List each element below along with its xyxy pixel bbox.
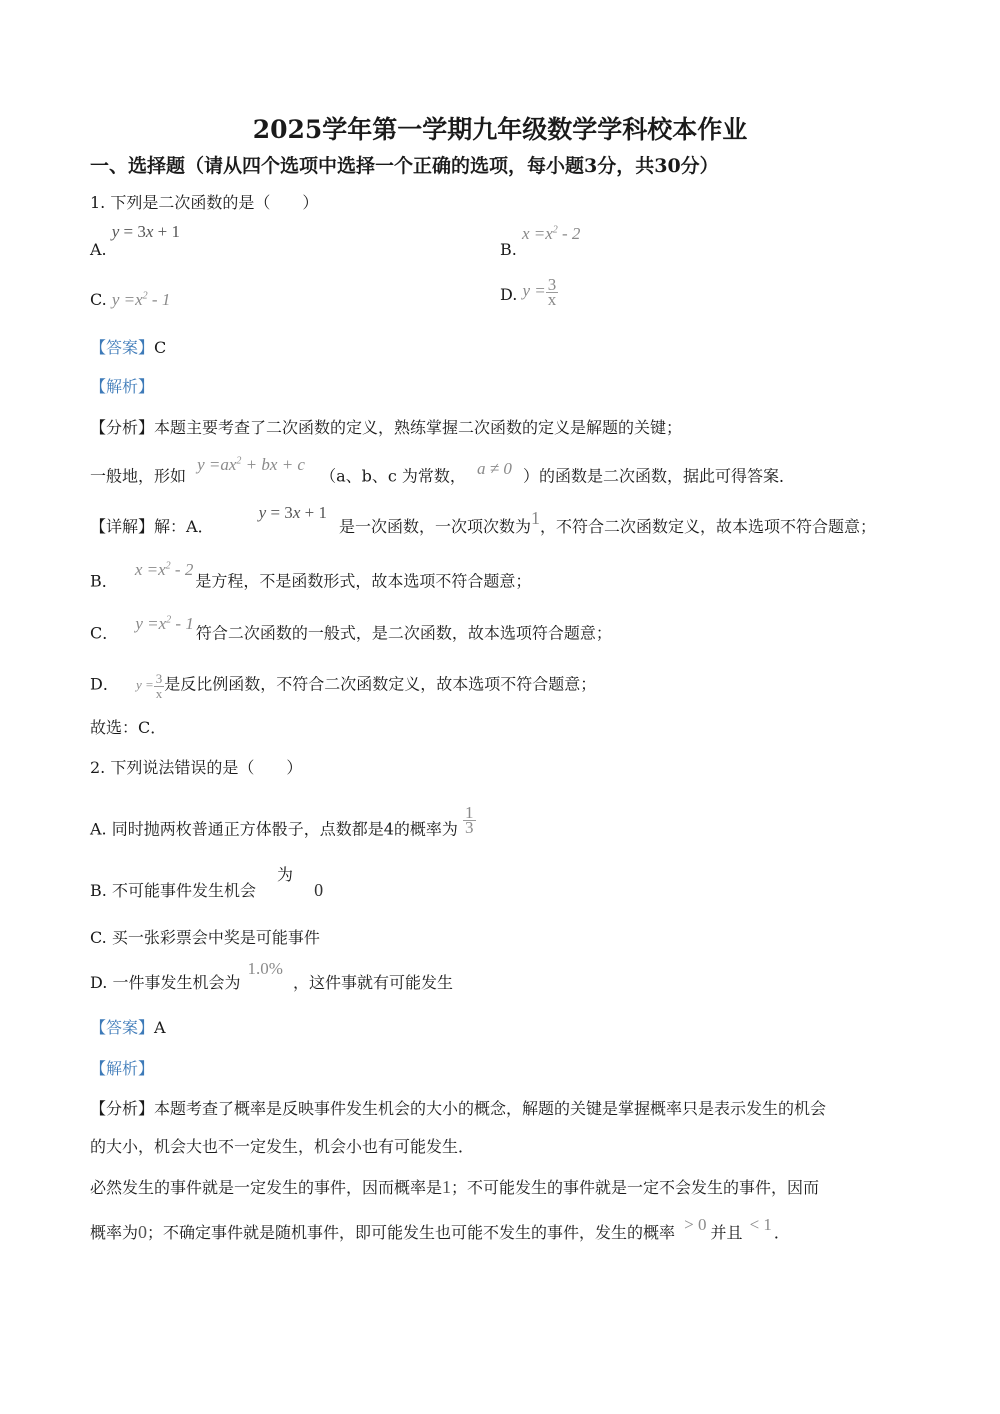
q2-option-c: C. 买一张彩票会中奖是可能事件	[90, 928, 320, 948]
q1-answer: 【答案】C	[90, 338, 166, 358]
option-math: x =x2 - 2	[522, 224, 580, 243]
line4-gt: > 0	[684, 1215, 706, 1234]
q1-conclusion: 故选：C．	[90, 718, 166, 738]
detail-c-math: y =x2 - 1	[135, 614, 193, 633]
q2-option-d: D. 一件事发生机会为 1.0%，这件事就有可能发生	[90, 973, 453, 993]
option-math: y =3x	[522, 281, 558, 300]
line4-mid: 并且	[710, 1223, 742, 1242]
general-prefix: 一般地，形如	[90, 467, 186, 486]
option-text: 同时抛两枚普通正方体骰子，点数都是4的概率为	[112, 819, 458, 838]
line4-lt: < 1	[750, 1215, 772, 1234]
q2-option-b: B. 不可能事件发生机会 为 0	[90, 880, 323, 901]
option-suffix: ，这件事就有可能发生	[293, 973, 453, 992]
general-mid: （a、b、c 为常数，	[320, 467, 466, 486]
line4-end: ．	[774, 1223, 790, 1242]
question-1-stem: 1. 下列是二次函数的是（ ）	[90, 193, 318, 213]
option-label: D.	[90, 973, 107, 992]
q1-option-a: A. y = 3x + 1	[90, 222, 180, 242]
option-text: 一件事发生机会为	[112, 973, 240, 992]
q2-option-a: A. 同时抛两枚普通正方体骰子，点数都是4的概率为 13	[90, 816, 476, 845]
q1-detail-a: 【详解】解：A． y = 3x + 1是一次函数，一次项次数为1，不符合二次函数…	[90, 516, 876, 537]
q1-detail-b: B． x =x2 - 2是方程，不是函数形式，故本选项不符合题意；	[90, 568, 531, 592]
option-math: 0	[314, 880, 323, 900]
q2-analysis-tag: 【解析】	[90, 1059, 154, 1079]
detail-a-math: y = 3x + 1	[259, 503, 327, 522]
answer-value: A	[154, 1018, 166, 1037]
q2-fenxi-line4: 概率为0；不确定事件就是随机事件，即可能发生也可能不发生的事件，发生的概率 > …	[90, 1222, 790, 1243]
line3-a: 必然发生的事件就是一定发生的事件，因而概率是	[90, 1178, 442, 1197]
answer-value: C	[154, 338, 166, 357]
detail-d-text: 是反比例函数，不符合二次函数定义，故本选项不符合题意；	[164, 674, 596, 693]
line4-b: ；不确定事件就是随机事件，即可能发生也可能不发生的事件，发生的概率	[147, 1223, 675, 1242]
option-math: 13	[463, 809, 476, 828]
option-label: A.	[90, 240, 107, 259]
q1-option-c: C. y =x2 - 1	[90, 290, 170, 310]
answer-tag: 【答案】	[90, 338, 154, 357]
q2-fenxi-line3: 必然发生的事件就是一定发生的事件，因而概率是1；不可能发生的事件就是一定不会发生…	[90, 1177, 819, 1198]
detail-c-text: 符合二次函数的一般式，是二次函数，故本选项符合题意；	[196, 624, 612, 643]
q1-detail-c: C． y =x2 - 1符合二次函数的一般式，是二次函数，故本选项符合题意；	[90, 620, 612, 644]
general-math: y =ax2 + bx + c	[197, 455, 305, 474]
detail-b-prefix: B．	[90, 572, 118, 591]
q1-option-d: D. y =3x	[500, 278, 558, 307]
line3-num: 1	[442, 1177, 451, 1197]
fenxi-text: 本题考查了概率是反映事件发生机会的大小的概念，解题的关键是掌握概率只是表示发生的…	[154, 1099, 826, 1118]
detail-a-mid: 是一次函数，一次项次数为	[339, 517, 531, 536]
option-label: B.	[500, 240, 517, 259]
answer-tag: 【答案】	[90, 1018, 154, 1037]
detail-c-prefix: C．	[90, 624, 118, 643]
q1-detail-d: D． y =3x是反比例函数，不符合二次函数定义，故本选项不符合题意；	[90, 672, 596, 701]
detail-b-math: x =x2 - 2	[135, 560, 193, 579]
option-sup: 为	[277, 865, 293, 884]
detail-b-text: 是方程，不是函数形式，故本选项不符合题意；	[195, 572, 531, 591]
fenxi-tag: 【分析】	[90, 1099, 154, 1118]
option-label: C.	[90, 290, 107, 309]
option-text: 不可能事件发生机会	[112, 881, 256, 900]
line3-b: ；不可能发生的事件就是一定不会发生的事件，因而	[451, 1178, 819, 1197]
general-cond: a ≠ 0	[477, 459, 512, 478]
section-heading: 一、选择题（请从四个选项中选择一个正确的选项，每小题3分，共30分）	[90, 151, 719, 178]
option-label: A.	[90, 819, 107, 838]
detail-d-math: y =3x	[136, 677, 164, 692]
option-math: y =x2 - 1	[112, 290, 170, 309]
line4-num: 0	[138, 1222, 147, 1242]
q2-fenxi-line1: 【分析】本题考查了概率是反映事件发生机会的大小的概念，解题的关键是掌握概率只是表…	[90, 1099, 826, 1119]
option-label: D.	[500, 285, 517, 304]
fenxi-tag: 【分析】	[90, 418, 154, 437]
detail-tag: 【详解】	[90, 517, 154, 536]
option-label: C.	[90, 928, 107, 947]
q2-fenxi-line2: 的大小，机会大也不一定发生，机会小也有可能发生．	[90, 1137, 474, 1157]
fenxi-text: 本题主要考查了二次函数的定义，熟练掌握二次函数的定义是解题的关键；	[154, 418, 682, 437]
document-title: 2025学年第一学期九年级数学学科校本作业	[0, 110, 1000, 146]
q1-fenxi: 【分析】本题主要考查了二次函数的定义，熟练掌握二次函数的定义是解题的关键；	[90, 418, 682, 438]
option-text: 买一张彩票会中奖是可能事件	[112, 928, 320, 947]
q1-option-b: B. x =x2 - 2	[500, 224, 580, 244]
q1-general-form: 一般地，形如 y =ax2 + bx + c （a、b、c 为常数， a ≠ 0…	[90, 463, 795, 487]
detail-a-prefix: 解：A．	[154, 517, 214, 536]
detail-a-suffix: ，不符合二次函数定义，故本选项不符合题意；	[540, 517, 876, 536]
detail-d-prefix: D．	[90, 674, 119, 693]
option-label: B.	[90, 881, 107, 900]
question-2-stem: 2. 下列说法错误的是（ ）	[90, 758, 302, 778]
option-math: y = 3x + 1	[112, 222, 180, 241]
option-math: 1.0%	[248, 959, 283, 978]
q2-answer: 【答案】A	[90, 1018, 166, 1038]
detail-a-num: 1	[531, 508, 540, 528]
general-suffix: ）的函数是二次函数，据此可得答案．	[523, 467, 795, 486]
line4-a: 概率为	[90, 1223, 138, 1242]
q1-analysis-tag: 【解析】	[90, 377, 154, 397]
